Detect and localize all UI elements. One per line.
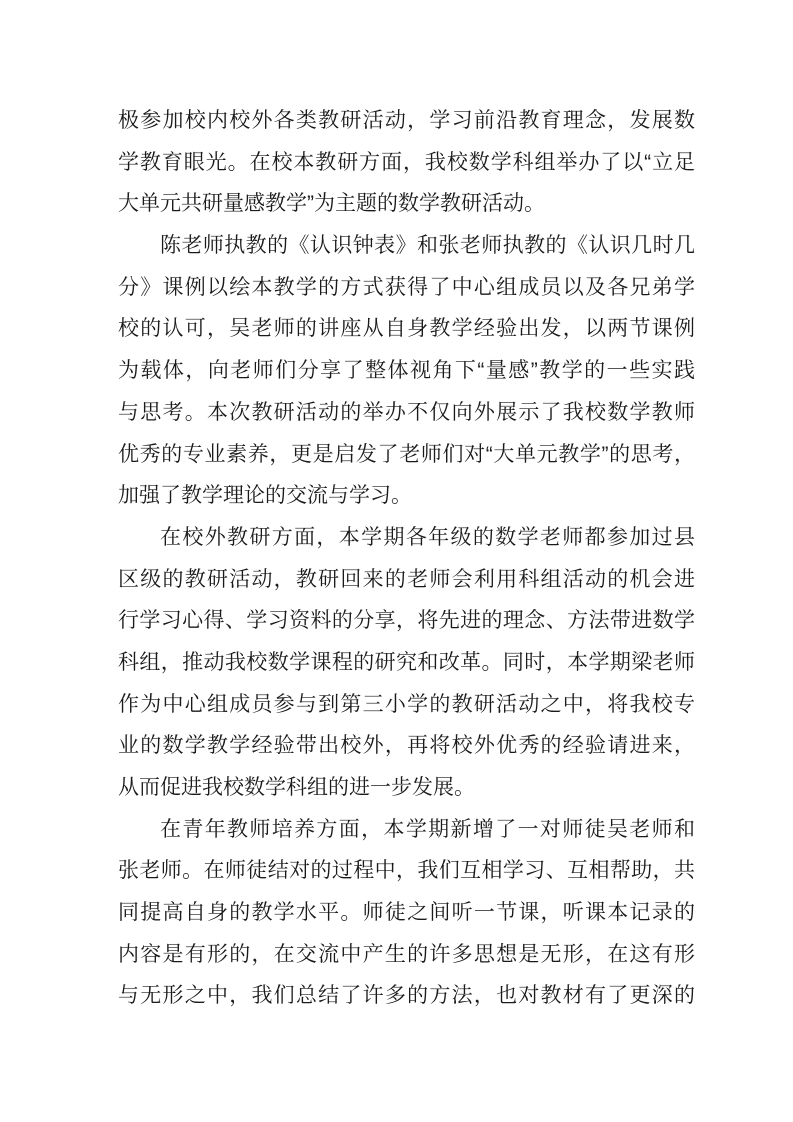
- text-line: 行学习心得、学习资料的分享，将先进的理念、方法带进数学: [118, 600, 695, 642]
- text-line: 在青年教师培养方面，本学期新增了一对师徒吴老师和: [118, 809, 695, 851]
- text-line: 为载体，向老师们分享了整体视角下“量感”教学的一些实践: [118, 350, 695, 392]
- paragraph: 极参加校内校外各类教研活动，学习前沿教育理念，发展数 学教育眼光。在校本教研方面…: [118, 100, 695, 225]
- text-line: 内容是有形的，在交流中产生的许多思想是无形，在这有形: [118, 934, 695, 976]
- text-line: 大单元共研量感教学”为主题的数学教研活动。: [118, 183, 695, 225]
- text-line: 与思考。本次教研活动的举办不仅向外展示了我校数学教师: [118, 392, 695, 434]
- text-line: 作为中心组成员参与到第三小学的教研活动之中，将我校专: [118, 684, 695, 726]
- paragraph: 陈老师执教的《认识钟表》和张老师执教的《认识几时几 分》课例以绘本教学的方式获得…: [118, 225, 695, 517]
- document-page: 极参加校内校外各类教研活动，学习前沿教育理念，发展数 学教育眼光。在校本教研方面…: [0, 0, 793, 1122]
- text-line: 业的数学教学经验带出校外，再将校外优秀的经验请进来，: [118, 725, 695, 767]
- text-line: 在校外教研方面，本学期各年级的数学老师都参加过县: [118, 517, 695, 559]
- text-line: 科组，推动我校数学课程的研究和改革。同时，本学期梁老师: [118, 642, 695, 684]
- text-line: 张老师。在师徒结对的过程中，我们互相学习、互相帮助，共: [118, 850, 695, 892]
- text-line: 区级的教研活动，教研回来的老师会利用科组活动的机会进: [118, 559, 695, 601]
- document-body-text: 极参加校内校外各类教研活动，学习前沿教育理念，发展数 学教育眼光。在校本教研方面…: [118, 100, 695, 1017]
- text-line: 学教育眼光。在校本教研方面，我校数学科组举办了以“立足: [118, 142, 695, 184]
- text-line: 与无形之中，我们总结了许多的方法，也对教材有了更深的: [118, 975, 695, 1017]
- paragraph: 在青年教师培养方面，本学期新增了一对师徒吴老师和 张老师。在师徒结对的过程中，我…: [118, 809, 695, 1017]
- text-line: 极参加校内校外各类教研活动，学习前沿教育理念，发展数: [118, 100, 695, 142]
- text-line: 从而促进我校数学科组的进一步发展。: [118, 767, 695, 809]
- paragraph: 在校外教研方面，本学期各年级的数学老师都参加过县 区级的教研活动，教研回来的老师…: [118, 517, 695, 809]
- text-line: 加强了教学理论的交流与学习。: [118, 475, 695, 517]
- text-line: 分》课例以绘本教学的方式获得了中心组成员以及各兄弟学: [118, 267, 695, 309]
- text-line: 同提高自身的教学水平。师徒之间听一节课，听课本记录的: [118, 892, 695, 934]
- text-line: 优秀的专业素养，更是启发了老师们对“大单元教学”的思考，: [118, 434, 695, 476]
- text-line: 校的认可，吴老师的讲座从自身教学经验出发，以两节课例: [118, 308, 695, 350]
- text-line: 陈老师执教的《认识钟表》和张老师执教的《认识几时几: [118, 225, 695, 267]
